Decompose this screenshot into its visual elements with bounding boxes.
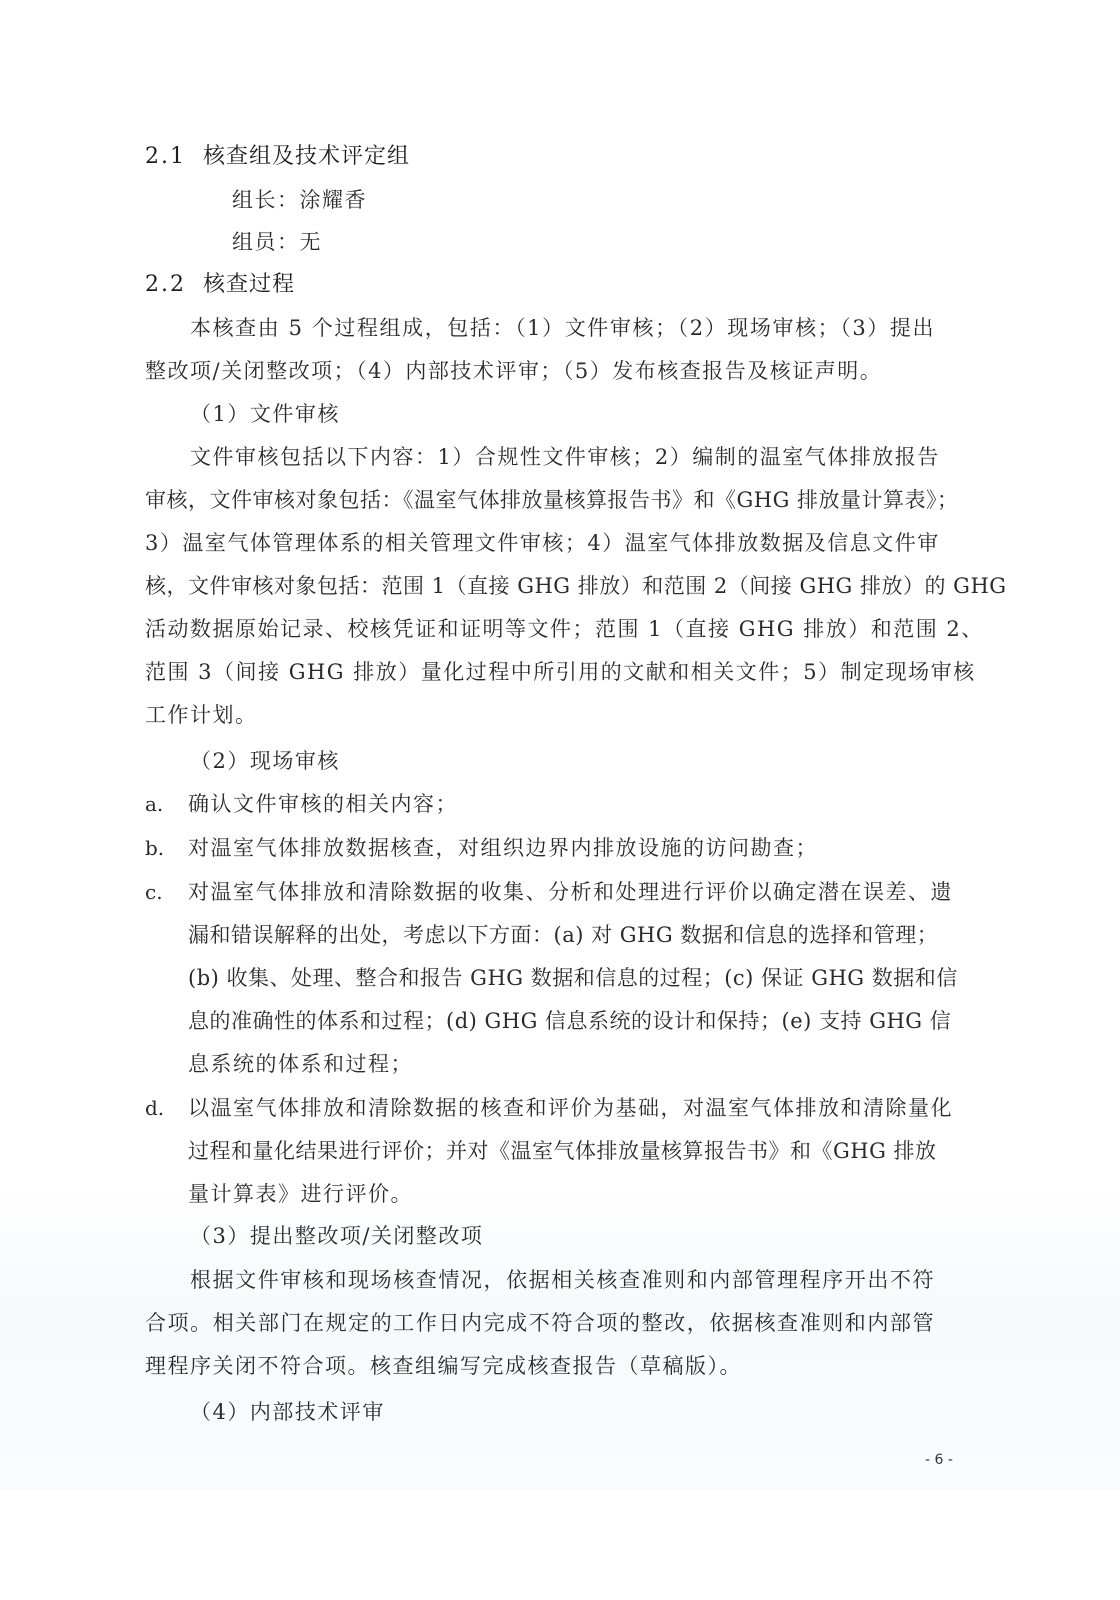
section-2-1-heading: 2.1核查组及技术评定组 <box>145 143 935 171</box>
list-marker-a: a. <box>145 790 163 818</box>
list-item-c-line: 对温室气体排放和清除数据的收集、分析和处理进行评价以确定潜在误差、遗 <box>188 878 933 906</box>
step3-title: （3）提出整改项/关闭整改项 <box>190 1222 980 1250</box>
paragraph-line: 活动数据原始记录、校核凭证和证明等文件；范围 1（直接 GHG 排放）和范围 2… <box>145 615 935 643</box>
list-item-a: 确认文件审核的相关内容； <box>188 790 933 818</box>
intro-line: 整改项/关闭整改项；（4）内部技术评审；（5）发布核查报告及核证声明。 <box>145 357 935 385</box>
paragraph-line: 文件审核包括以下内容：1）合规性文件审核；2）编制的温室气体排放报告 <box>190 443 935 471</box>
paragraph-line: 核，文件审核对象包括：范围 1（直接 GHG 排放）和范围 2（间接 GHG 排… <box>145 572 935 600</box>
page-number: - 6 - <box>925 1452 953 1468</box>
list-item-b: 对温室气体排放数据核查，对组织边界内排放设施的访问勘查； <box>188 834 933 862</box>
step2-title: （2）现场审核 <box>190 747 980 775</box>
paragraph-line: 工作计划。 <box>145 701 935 729</box>
paragraph-line: 3）温室气体管理体系的相关管理文件审核；4）温室气体排放数据及信息文件审 <box>145 529 935 557</box>
list-item-c-line: 漏和错误解释的出处，考虑以下方面：(a) 对 GHG 数据和信息的选择和管理； <box>188 921 933 949</box>
section-2-2-heading: 2.2核查过程 <box>145 271 935 299</box>
step4-title: （4）内部技术评审 <box>190 1398 980 1426</box>
paragraph-line: 审核，文件审核对象包括：《温室气体排放量核算报告书》和《GHG 排放量计算表》； <box>145 486 935 514</box>
paragraph-line: 根据文件审核和现场核查情况，依据相关核查准则和内部管理程序开出不符 <box>190 1266 935 1294</box>
list-item-c-line: (b) 收集、处理、整合和报告 GHG 数据和信息的过程；(c) 保证 GHG … <box>188 964 933 992</box>
list-item-c-line: 息系统的体系和过程； <box>188 1050 933 1078</box>
list-item-d-line: 过程和量化结果进行评价；并对《温室气体排放量核算报告书》和《GHG 排放 <box>188 1137 933 1165</box>
section-title: 核查组及技术评定组 <box>203 144 410 169</box>
list-marker-b: b. <box>145 834 164 862</box>
section-number: 2.1 <box>145 143 203 171</box>
paragraph-line: 合项。相关部门在规定的工作日内完成不符合项的整改，依据核查准则和内部管 <box>145 1309 935 1337</box>
list-marker-d: d. <box>145 1094 164 1122</box>
intro-line: 本核查由 5 个过程组成，包括：（1）文件审核；（2）现场审核；（3）提出 <box>190 314 935 342</box>
group-members: 组员：无 <box>232 228 1022 256</box>
list-item-d-line: 量计算表》进行评价。 <box>188 1180 933 1208</box>
paragraph-line: 理程序关闭不符合项。核查组编写完成核查报告（草稿版）。 <box>145 1352 935 1380</box>
group-leader: 组长：涂耀香 <box>232 186 1022 214</box>
list-item-c-line: 息的准确性的体系和过程；(d) GHG 信息系统的设计和保持；(e) 支持 GH… <box>188 1007 933 1035</box>
section-number: 2.2 <box>145 271 203 299</box>
section-title: 核查过程 <box>203 272 295 297</box>
list-item-d-line: 以温室气体排放和清除数据的核查和评价为基础，对温室气体排放和清除量化 <box>188 1094 933 1122</box>
document-page: 2.1核查组及技术评定组 组长：涂耀香 组员：无 2.2核查过程 本核查由 5 … <box>0 0 1120 1600</box>
list-marker-c: c. <box>145 878 163 906</box>
paragraph-line: 范围 3（间接 GHG 排放）量化过程中所引用的文献和相关文件；5）制定现场审核 <box>145 658 935 686</box>
step1-title: （1）文件审核 <box>190 400 980 428</box>
